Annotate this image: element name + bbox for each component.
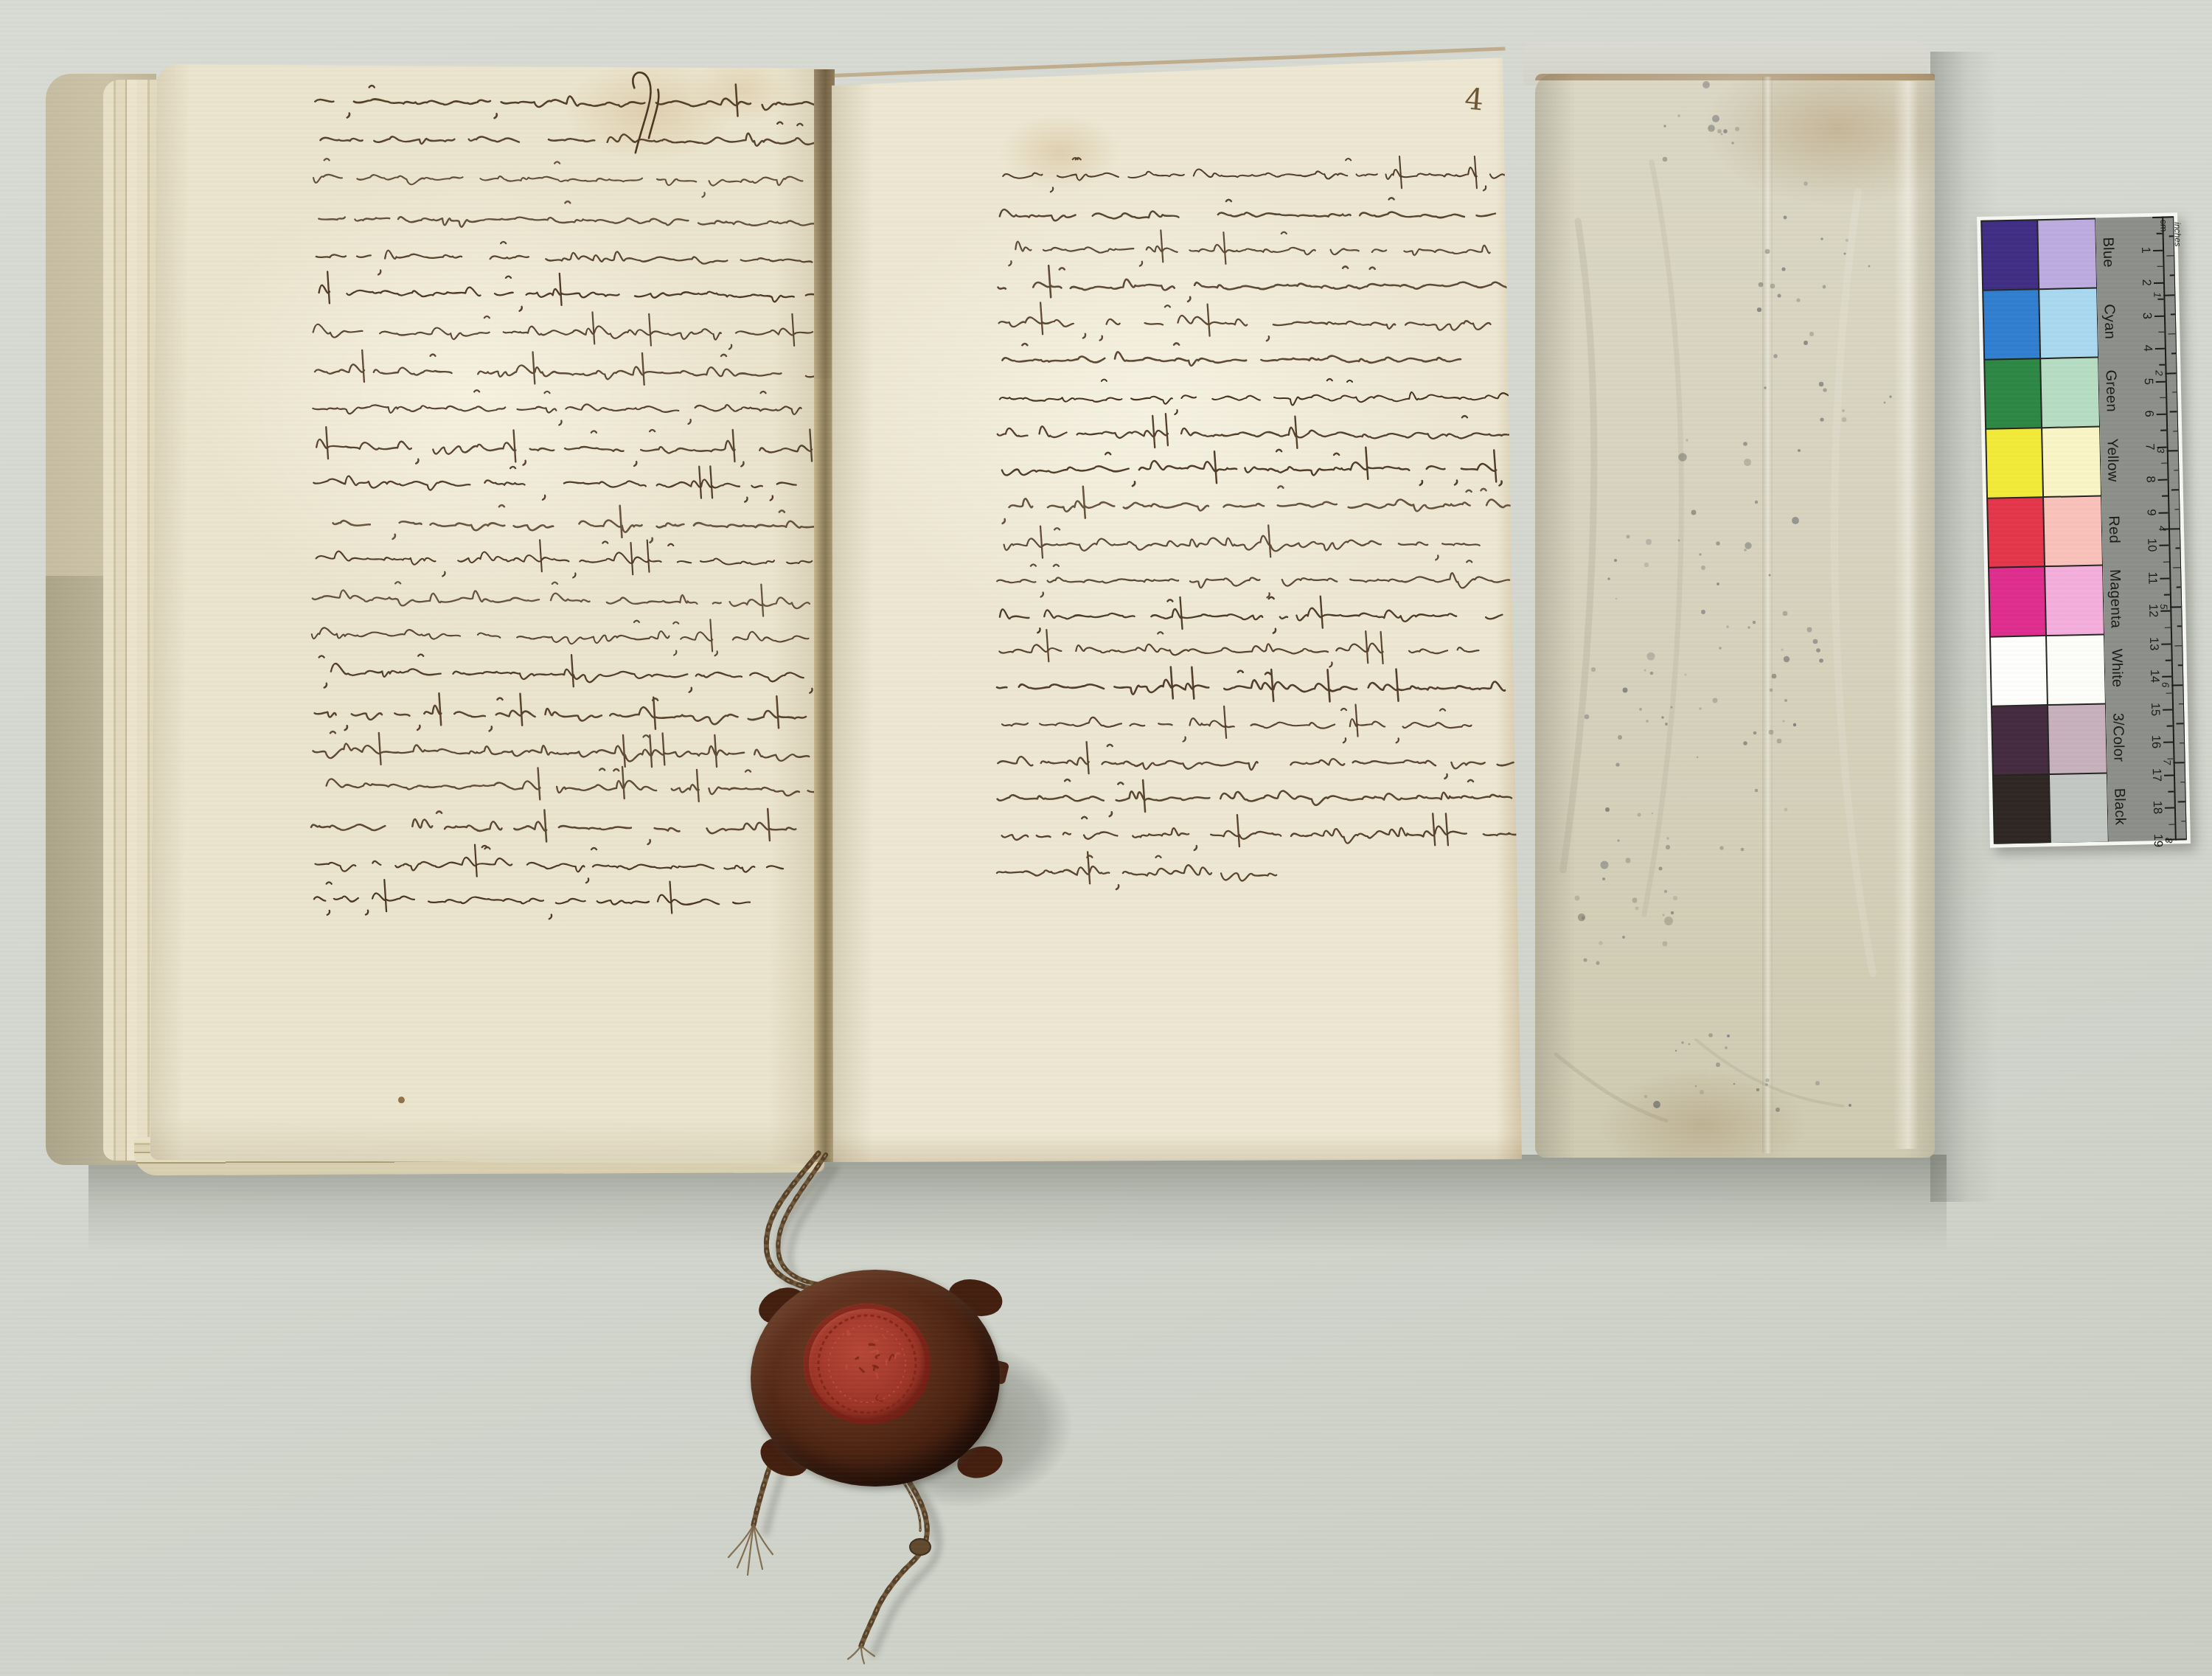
handwriting-line bbox=[313, 464, 796, 502]
patch-label: 3/Color bbox=[2109, 703, 2128, 772]
inch-tick bbox=[2172, 392, 2177, 393]
cm-tick bbox=[2158, 479, 2168, 481]
inch-tick bbox=[2173, 431, 2177, 432]
cord-fray bbox=[754, 1525, 773, 1554]
cm-half-tick bbox=[2157, 233, 2163, 234]
cm-number: 4 bbox=[2141, 336, 2155, 360]
cm-number: 6 bbox=[2142, 402, 2156, 425]
inch-tick bbox=[2162, 216, 2173, 218]
handwriting-line bbox=[1003, 156, 1514, 192]
handwriting-line bbox=[320, 119, 817, 147]
seal-emboss-mark bbox=[889, 1355, 894, 1360]
handwriting-line bbox=[316, 426, 812, 467]
handwriting-line bbox=[997, 560, 1509, 597]
seal-imprint bbox=[804, 1304, 931, 1425]
cm-label: cm bbox=[2158, 219, 2169, 241]
handwriting-line bbox=[319, 271, 821, 313]
photo-stage: 4 Kodak Color Control Patches © Kodak, 2… bbox=[0, 0, 2212, 1676]
handwriting-line bbox=[998, 779, 1512, 816]
cm-tick bbox=[2164, 774, 2174, 776]
cord-fray bbox=[748, 1525, 754, 1575]
inch-tick bbox=[2181, 821, 2185, 822]
seal-emboss-mark bbox=[876, 1355, 879, 1358]
inch-tick bbox=[2178, 703, 2183, 705]
inch-number: 5 bbox=[2158, 595, 2169, 617]
cord-fray bbox=[737, 1525, 754, 1568]
handwriting-line bbox=[997, 667, 1505, 702]
cm-number: 8 bbox=[2143, 467, 2157, 491]
inch-tick bbox=[2177, 625, 2181, 627]
cm-tick bbox=[2157, 414, 2166, 415]
inch-tick bbox=[2174, 470, 2178, 471]
inch-tick bbox=[2166, 255, 2174, 257]
handwriting-line bbox=[313, 310, 813, 350]
seal-emboss-mark bbox=[872, 1350, 878, 1353]
cm-number: 15 bbox=[2149, 698, 2163, 721]
patch-tint-Magenta bbox=[2045, 566, 2104, 635]
inch-tick bbox=[2171, 684, 2183, 686]
inch-tick bbox=[2163, 294, 2174, 296]
cm-half-tick bbox=[2160, 430, 2166, 431]
cm-number: 11 bbox=[2146, 566, 2160, 590]
patch-solid-3/Color bbox=[1992, 706, 2048, 775]
inch-tick bbox=[2171, 489, 2178, 490]
cm-half-tick bbox=[2167, 726, 2173, 727]
handwriting-line bbox=[333, 504, 820, 543]
cm-half-tick bbox=[2168, 824, 2174, 825]
handwriting-left-page bbox=[150, 64, 821, 1164]
inch-tick bbox=[2175, 548, 2180, 549]
inch-tick bbox=[2176, 587, 2180, 588]
patch-solid-Cyan bbox=[1983, 290, 2039, 359]
patch-solid-Green bbox=[1985, 359, 2041, 428]
inch-tick bbox=[2174, 509, 2179, 510]
cm-tick bbox=[2161, 643, 2171, 644]
handwriting-line bbox=[999, 630, 1478, 667]
inch-tick bbox=[2174, 645, 2182, 647]
handwriting-line bbox=[312, 617, 809, 656]
handwriting-line bbox=[313, 389, 801, 426]
cm-tick bbox=[2163, 709, 2172, 710]
handwriting-line bbox=[1002, 813, 1523, 850]
seal-ring-outer bbox=[818, 1315, 916, 1413]
seal-ring-inner bbox=[829, 1326, 905, 1402]
handwriting-line bbox=[1003, 486, 1517, 524]
handwriting-line bbox=[315, 844, 783, 884]
parchment-wrapper bbox=[1535, 74, 1935, 1158]
cm-tick bbox=[2152, 217, 2162, 218]
inch-tick bbox=[2176, 723, 2183, 725]
inch-tick bbox=[2168, 333, 2175, 335]
patch-solid-Magenta bbox=[1989, 567, 2045, 636]
cm-half-tick bbox=[2165, 627, 2171, 628]
inch-tick bbox=[2168, 528, 2179, 529]
seal-emboss-texture bbox=[804, 1304, 931, 1425]
inch-tick bbox=[2177, 801, 2185, 802]
inch-tick bbox=[2166, 451, 2177, 452]
handwriting-line bbox=[997, 852, 1276, 889]
cm-tick bbox=[2155, 348, 2165, 350]
cm-number: 3 bbox=[2140, 304, 2154, 327]
inch-tick bbox=[2169, 411, 2177, 413]
inch-tick bbox=[2173, 567, 2180, 568]
spine-gutter bbox=[814, 69, 835, 1162]
inch-number: 8 bbox=[2163, 830, 2174, 852]
handwriting-line bbox=[1000, 198, 1495, 220]
handwriting-line bbox=[315, 350, 820, 386]
cord-knot bbox=[910, 1539, 931, 1555]
wrapper-sheen bbox=[1893, 81, 1919, 1149]
inch-number: 1 bbox=[2152, 283, 2163, 305]
handwriting-line bbox=[1002, 705, 1472, 743]
cm-half-tick bbox=[2163, 561, 2169, 563]
handwriting-line bbox=[316, 538, 813, 580]
cm-half-tick bbox=[2166, 660, 2171, 661]
handwriting-line bbox=[998, 414, 1512, 448]
pen-flourish bbox=[633, 72, 659, 153]
inch-tick bbox=[2180, 782, 2185, 783]
cm-half-tick bbox=[2162, 496, 2168, 497]
handwriting-line bbox=[1009, 230, 1489, 265]
handwriting-line bbox=[999, 302, 1491, 341]
inch-tick bbox=[2177, 664, 2182, 666]
seal-emboss-mark bbox=[874, 1366, 875, 1370]
patch-label: Cyan bbox=[2100, 287, 2119, 356]
patch-tint-Green bbox=[2041, 358, 2099, 427]
handwriting-line bbox=[314, 880, 750, 920]
page-number: 4 bbox=[1462, 82, 1510, 130]
handwriting-line bbox=[319, 200, 821, 229]
cm-tick bbox=[2159, 545, 2168, 546]
inch-number: 7 bbox=[2161, 751, 2172, 773]
handwriting-line bbox=[313, 159, 803, 198]
cm-half-tick bbox=[2161, 463, 2167, 465]
patch-label: Blue bbox=[2098, 218, 2118, 287]
handwriting-line bbox=[315, 692, 807, 733]
patch-solid-Black bbox=[1993, 775, 2049, 844]
handwriting-line bbox=[315, 82, 816, 120]
color-bar-label-area: Kodak Color Control Patches © Kodak, 200… bbox=[2096, 216, 2187, 841]
handwriting-line bbox=[1002, 343, 1461, 366]
seal-emboss-mark bbox=[856, 1357, 858, 1359]
handwriting-line bbox=[311, 806, 796, 845]
inch-tick bbox=[2173, 762, 2184, 763]
handwriting-line bbox=[1004, 525, 1480, 560]
cm-number: 18 bbox=[2151, 796, 2165, 819]
seal-emboss-mark bbox=[895, 1353, 900, 1358]
handwriting-right-page bbox=[832, 52, 1523, 1166]
patch-label: Green bbox=[2101, 356, 2121, 425]
cord-fray bbox=[861, 1646, 874, 1656]
seal-emboss-mark bbox=[846, 1365, 847, 1369]
cm-half-tick bbox=[2158, 331, 2164, 333]
seal-emboss-mark bbox=[883, 1335, 886, 1338]
patch-label: Red bbox=[2104, 495, 2124, 564]
seal-emboss-mark bbox=[860, 1369, 863, 1372]
inch-number: 3 bbox=[2154, 439, 2166, 462]
patch-tint-Red bbox=[2044, 496, 2102, 566]
patch-solid-Red bbox=[1988, 498, 2044, 567]
cm-half-tick bbox=[2157, 265, 2163, 267]
inch-tick bbox=[2170, 606, 2181, 608]
patch-label: Black bbox=[2110, 772, 2129, 841]
cord-fray bbox=[754, 1525, 762, 1569]
seal-emboss-mark bbox=[876, 1395, 883, 1401]
patch-tint-3/Color bbox=[2048, 704, 2106, 773]
seal-emboss-mark bbox=[847, 1332, 849, 1335]
handwriting-line bbox=[1000, 597, 1503, 633]
patch-solid-Yellow bbox=[1986, 428, 2042, 498]
cm-half-tick bbox=[2168, 791, 2174, 793]
color-patch-grid bbox=[1980, 218, 2109, 844]
cm-tick bbox=[2163, 742, 2173, 743]
handwriting-line bbox=[326, 765, 821, 802]
patch-tint-Black bbox=[2049, 773, 2107, 843]
cm-tick bbox=[2160, 577, 2169, 579]
patch-tint-Yellow bbox=[2042, 427, 2101, 496]
handwriting-line bbox=[316, 240, 813, 277]
patch-tint-Cyan bbox=[2039, 288, 2098, 358]
inch-number: 2 bbox=[2153, 361, 2164, 383]
inch-tick bbox=[2168, 236, 2173, 237]
inch-tick bbox=[2180, 743, 2184, 744]
cm-half-tick bbox=[2160, 397, 2166, 399]
handwriting-line bbox=[313, 581, 810, 616]
handwriting-line bbox=[998, 742, 1513, 779]
cord-fray bbox=[848, 1646, 861, 1659]
handwriting-line bbox=[319, 653, 812, 693]
cord-fray bbox=[861, 1646, 864, 1663]
wrapper-fold-crease bbox=[1762, 77, 1773, 1153]
cm-tick bbox=[2165, 807, 2174, 809]
cm-tick bbox=[2153, 249, 2163, 251]
patch-label: White bbox=[2107, 633, 2126, 703]
handwriting-line bbox=[1000, 378, 1517, 415]
cm-number: 16 bbox=[2149, 730, 2163, 754]
left-page bbox=[150, 64, 821, 1164]
cm-number: 13 bbox=[2147, 632, 2161, 656]
inch-number: 6 bbox=[2160, 673, 2171, 695]
cm-number: 1 bbox=[2139, 237, 2153, 261]
patch-tint-Blue bbox=[2038, 219, 2096, 288]
seal-emboss-mark bbox=[877, 1374, 878, 1379]
handwriting-line bbox=[998, 265, 1519, 302]
cord-fray bbox=[728, 1525, 754, 1557]
patch-label: Magenta bbox=[2106, 564, 2125, 633]
handwriting-line bbox=[1002, 448, 1502, 486]
patch-solid-Blue bbox=[1982, 220, 2038, 290]
wormhole-dot bbox=[398, 1096, 405, 1103]
kodak-color-bar: Kodak Color Control Patches © Kodak, 200… bbox=[1977, 212, 2191, 848]
cm-tick bbox=[2154, 315, 2164, 316]
handwriting-line bbox=[313, 731, 809, 768]
cm-tick bbox=[2159, 512, 2168, 513]
inch-tick bbox=[2165, 372, 2176, 374]
right-page bbox=[832, 52, 1523, 1166]
seal-emboss-mark bbox=[869, 1344, 874, 1345]
inch-number: 4 bbox=[2157, 518, 2168, 540]
seal-emboss-mark bbox=[886, 1360, 887, 1365]
patch-tint-White bbox=[2046, 635, 2104, 704]
inch-tick bbox=[2174, 838, 2185, 840]
inch-tick bbox=[2171, 352, 2175, 354]
patch-solid-White bbox=[1991, 636, 2047, 706]
inch-tick bbox=[2169, 275, 2174, 277]
patch-label: Yellow bbox=[2103, 425, 2122, 495]
inch-tick bbox=[2170, 314, 2174, 316]
